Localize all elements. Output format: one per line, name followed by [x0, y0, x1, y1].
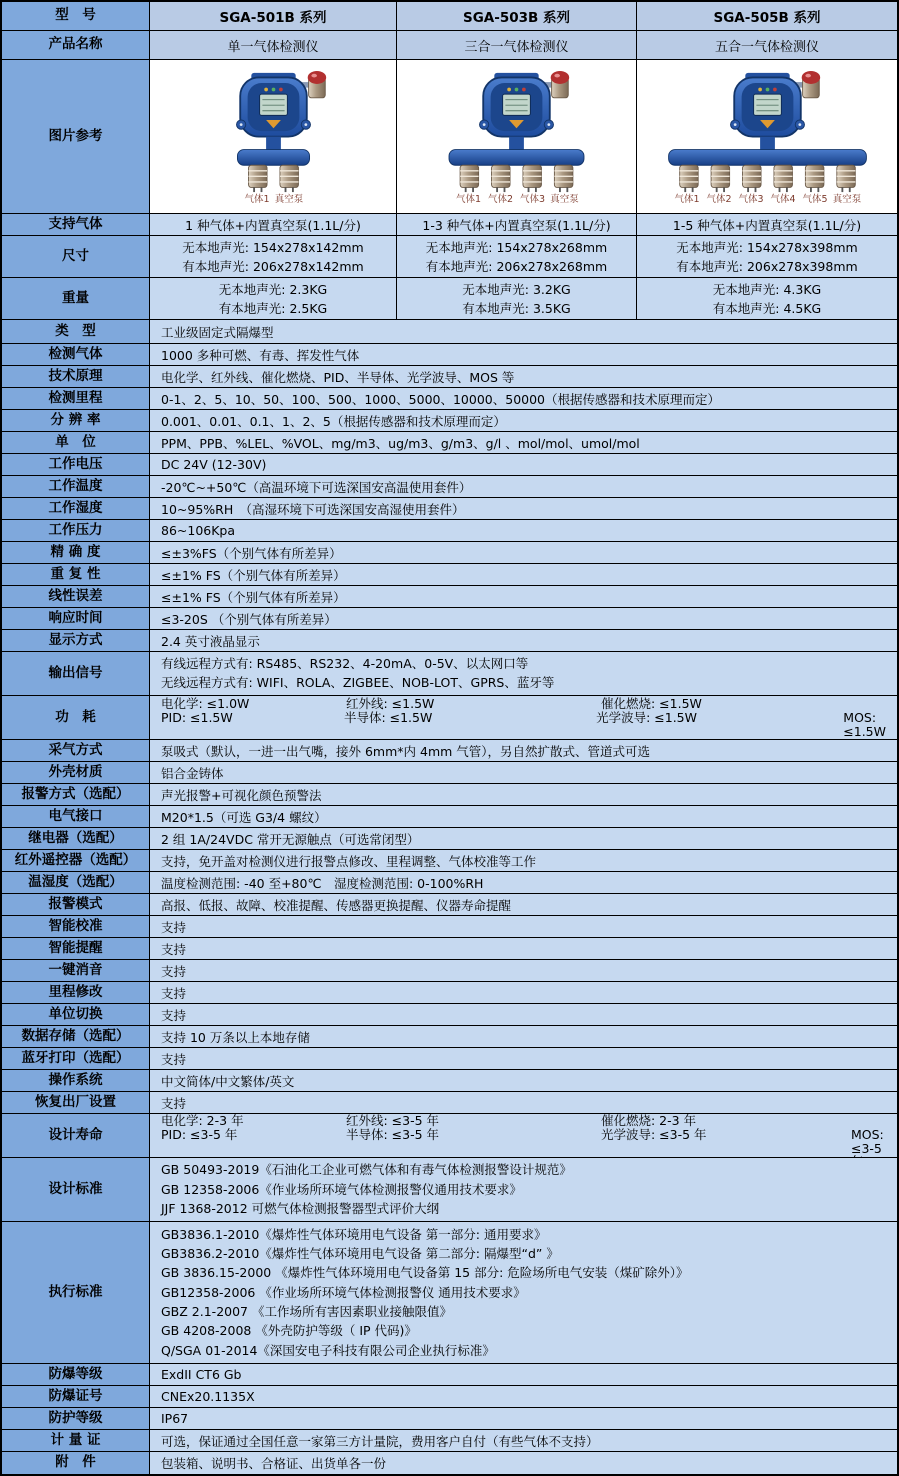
spec-row-sampling: 采气方式 泵吸式（默认，一进一出气嘴，接外 6mm*内 4mm 气管），另自然扩…	[2, 740, 897, 762]
row-label: 功 耗	[2, 696, 150, 739]
spec-row-storage: 数据存储（选配） 支持 10 万条以上本地存储	[2, 1026, 897, 1048]
spec-row-metrology: 计 量 证 可选，保证通过全国任意一家第三方计量院，费用客户自付（有些气体不支持…	[2, 1430, 897, 1452]
row-label: 工作温度	[2, 476, 150, 497]
spec-row-type: 类 型 工业级固定式隔爆型	[2, 320, 897, 344]
row-value: 2.4 英寸液晶显示	[150, 630, 897, 651]
spec-row-smart-cal: 智能校准 支持	[2, 916, 897, 938]
row-label: 报警方式（选配）	[2, 784, 150, 805]
gas-detector-1-sensor-illustration	[161, 71, 386, 193]
sensor-label: 真空泵	[273, 191, 305, 205]
row-value: 支持	[150, 1048, 897, 1069]
row-value: 温度检测范围: -40 至+80℃ 湿度检测范围: 0-100%RH	[150, 872, 897, 893]
spec-row-ex-cert: 防爆证号 CNEx20.1135X	[2, 1386, 897, 1408]
sensor-label: 气体1	[453, 191, 485, 205]
spec-row-os: 操作系统 中文简体/中文繁体/英文	[2, 1070, 897, 1092]
gases-1: 1 种气体+内置真空泵(1.1L/分)	[150, 214, 397, 235]
spec-row-bt-print: 蓝牙打印（选配） 支持	[2, 1048, 897, 1070]
row-value: 10~95%RH （高湿环境下可选深国安高湿使用套件）	[150, 498, 897, 519]
spec-row-temperature: 工作温度 -20℃~+50℃（高温环境下可选深国安高温使用套件）	[2, 476, 897, 498]
row-value: 声光报警+可视化颜色预警法	[150, 784, 897, 805]
row-label: 数据存储（选配）	[2, 1026, 150, 1047]
spec-row-lifespan: 设计寿命 电化学: 2-3 年 红外线: ≤3-5 年 催化燃烧: 2-3 年 …	[2, 1114, 897, 1158]
sensor-label: 气体1	[671, 191, 703, 205]
row-label: 重 复 性	[2, 564, 150, 585]
row-label: 操作系统	[2, 1070, 150, 1091]
product-name-1: 单一气体检测仪	[150, 31, 397, 59]
model-series-2: SGA-503B 系列	[397, 2, 637, 30]
row-value: 中文简体/中文繁体/英文	[150, 1070, 897, 1091]
gas-detector-5-sensor-illustration	[655, 71, 880, 193]
row-value: CNEx20.1135X	[150, 1386, 897, 1407]
row-label-image: 图片参考	[2, 60, 150, 213]
row-value: 支持	[150, 938, 897, 959]
row-label-weight: 重量	[2, 278, 150, 319]
row-value: 支持 10 万条以上本地存储	[150, 1026, 897, 1047]
sensor-labels-3: 气体1 气体2 气体3 气体4 气体5 真空泵	[671, 191, 863, 205]
row-value: 包装箱、说明书、合格证、出货单各一份	[150, 1452, 897, 1474]
model-series-1: SGA-501B 系列	[150, 2, 397, 30]
row-label: 线性误差	[2, 586, 150, 607]
row-value: 86~106Kpa	[150, 520, 897, 541]
spec-row-humidity: 工作湿度 10~95%RH （高湿环境下可选深国安高湿使用套件）	[2, 498, 897, 520]
row-value: 可选，保证通过全国任意一家第三方计量院，费用客户自付（有些气体不支持）	[150, 1430, 897, 1451]
row-value: ≤±1% FS（个别气体有所差异）	[150, 564, 897, 585]
product-name-2: 三合一气体检测仪	[397, 31, 637, 59]
spec-row-response: 响应时间 ≤3-20S （个别气体有所差异）	[2, 608, 897, 630]
row-label: 恢复出厂设置	[2, 1092, 150, 1113]
row-value: 0.001、0.01、0.1、1、2、5（根据传感器和技术原理而定）	[150, 410, 897, 431]
spec-row-alarm-modes: 报警模式 高报、低报、故障、校准提醒、传感器更换提醒、仪器寿命提醒	[2, 894, 897, 916]
row-label: 响应时间	[2, 608, 150, 629]
spec-row-alarm-opt: 报警方式（选配） 声光报警+可视化颜色预警法	[2, 784, 897, 806]
spec-row-housing: 外壳材质 铝合金铸体	[2, 762, 897, 784]
gas-detector-3-sensor-illustration	[404, 71, 629, 193]
row-label: 精 确 度	[2, 542, 150, 563]
sensor-label: 气体2	[485, 191, 517, 205]
spec-row-ip: 防护等级 IP67	[2, 1408, 897, 1430]
row-label: 报警模式	[2, 894, 150, 915]
row-value: 支持	[150, 960, 897, 981]
sensor-label: 气体4	[767, 191, 799, 205]
spec-row-relay: 继电器（选配） 2 组 1A/24VDC 常开无源触点（可选常闭型）	[2, 828, 897, 850]
row-value: 2 组 1A/24VDC 常开无源触点（可选常闭型）	[150, 828, 897, 849]
gases-row: 支持气体 1 种气体+内置真空泵(1.1L/分) 1-3 种气体+内置真空泵(1…	[2, 214, 897, 236]
row-label: 防爆等级	[2, 1364, 150, 1385]
spec-row-reset: 恢复出厂设置 支持	[2, 1092, 897, 1114]
dimensions-2: 无本地声光: 154x278x268mm有本地声光: 206x278x268mm	[397, 236, 637, 277]
row-value: GB 50493-2019《石油化工企业可燃气体和有毒气体检测报警设计规范》 G…	[150, 1158, 897, 1221]
sensor-label: 气体2	[703, 191, 735, 205]
row-label: 计 量 证	[2, 1430, 150, 1451]
row-value: 有线远程方式有: RS485、RS232、4-20mA、0-5V、以太网口等 无…	[150, 652, 897, 695]
row-label: 工作电压	[2, 454, 150, 475]
spec-row-unit-switch: 单位切换 支持	[2, 1004, 897, 1026]
spec-row-exec-std: 执行标准 GB3836.1-2010《爆炸性气体环境用电气设备 第一部分: 通用…	[2, 1222, 897, 1364]
gases-2: 1-3 种气体+内置真空泵(1.1L/分)	[397, 214, 637, 235]
row-label: 防爆证号	[2, 1386, 150, 1407]
spec-row-linearity: 线性误差 ≤±1% FS（个别气体有所差异）	[2, 586, 897, 608]
sensor-label: 气体1	[241, 191, 273, 205]
spec-row-accuracy: 精 确 度 ≤±3%FS（个别气体有所差异）	[2, 542, 897, 564]
row-label: 继电器（选配）	[2, 828, 150, 849]
spec-row-remote: 红外遥控器（选配） 支持，免开盖对检测仪进行报警点修改、里程调整、气体校准等工作	[2, 850, 897, 872]
row-value: 电化学、红外线、催化燃烧、PID、半导体、光学波导、MOS 等	[150, 366, 897, 387]
spec-row-accessories: 附 件 包装箱、说明书、合格证、出货单各一份	[2, 1452, 897, 1474]
row-label: 工作湿度	[2, 498, 150, 519]
row-label: 技术原理	[2, 366, 150, 387]
row-label-dimensions: 尺寸	[2, 236, 150, 277]
row-value: ≤3-20S （个别气体有所差异）	[150, 608, 897, 629]
weight-1: 无本地声光: 2.3KG有本地声光: 2.5KG	[150, 278, 397, 319]
image-row: 图片参考 气体1	[2, 60, 897, 214]
row-label: 输出信号	[2, 652, 150, 695]
row-value: 支持，免开盖对检测仪进行报警点修改、里程调整、气体校准等工作	[150, 850, 897, 871]
dimensions-3: 无本地声光: 154x278x398mm有本地声光: 206x278x398mm	[637, 236, 897, 277]
sensor-label: 气体3	[517, 191, 549, 205]
spec-row-resolution: 分 辨 率 0.001、0.01、0.1、1、2、5（根据传感器和技术原理而定）	[2, 410, 897, 432]
row-label: 显示方式	[2, 630, 150, 651]
spec-row-gas-detected: 检测气体 1000 多种可燃、有毒、挥发性气体	[2, 344, 897, 366]
row-label: 执行标准	[2, 1222, 150, 1363]
row-value: DC 24V (12-30V)	[150, 454, 897, 475]
row-label: 设计寿命	[2, 1114, 150, 1157]
row-value: -20℃~+50℃（高温环境下可选深国安高温使用套件）	[150, 476, 897, 497]
spec-row-ex-grade: 防爆等级 ExdII CT6 Gb	[2, 1364, 897, 1386]
spec-row-smart-remind: 智能提醒 支持	[2, 938, 897, 960]
spec-row-electrical: 电气接口 M20*1.5（可选 G3/4 螺纹）	[2, 806, 897, 828]
row-value: 高报、低报、故障、校准提醒、传感器更换提醒、仪器寿命提醒	[150, 894, 897, 915]
row-label: 电气接口	[2, 806, 150, 827]
model-row: 型 号 SGA-501B 系列 SGA-503B 系列 SGA-505B 系列	[2, 2, 897, 31]
sensor-label: 真空泵	[831, 191, 863, 205]
row-value: 1000 多种可燃、有毒、挥发性气体	[150, 344, 897, 365]
row-value: M20*1.5（可选 G3/4 螺纹）	[150, 806, 897, 827]
row-label: 单 位	[2, 432, 150, 453]
row-value: GB3836.1-2010《爆炸性气体环境用电气设备 第一部分: 通用要求》 G…	[150, 1222, 897, 1363]
row-label: 红外遥控器（选配）	[2, 850, 150, 871]
row-value: 电化学: 2-3 年 红外线: ≤3-5 年 催化燃烧: 2-3 年 PID: …	[150, 1114, 897, 1157]
row-label: 单位切换	[2, 1004, 150, 1025]
spec-table: 型 号 SGA-501B 系列 SGA-503B 系列 SGA-505B 系列 …	[0, 0, 899, 1476]
row-value: PPM、PPB、%LEL、%VOL、mg/m3、ug/m3、g/m3、g/l 、…	[150, 432, 897, 453]
spec-row-temp-humidity: 温湿度（选配） 温度检测范围: -40 至+80℃ 湿度检测范围: 0-100%…	[2, 872, 897, 894]
row-value: 0-1、2、5、10、50、100、500、1000、5000、10000、50…	[150, 388, 897, 409]
product-image-2: 气体1 气体2 气体3 真空泵	[397, 60, 637, 213]
weight-2: 无本地声光: 3.2KG有本地声光: 3.5KG	[397, 278, 637, 319]
row-label: 工作压力	[2, 520, 150, 541]
row-value: 支持	[150, 1092, 897, 1113]
row-value: 支持	[150, 982, 897, 1003]
spec-row-principle: 技术原理 电化学、红外线、催化燃烧、PID、半导体、光学波导、MOS 等	[2, 366, 897, 388]
sensor-label: 气体3	[735, 191, 767, 205]
row-value: 支持	[150, 916, 897, 937]
sensor-label: 气体5	[799, 191, 831, 205]
spec-row-display: 显示方式 2.4 英寸液晶显示	[2, 630, 897, 652]
gases-3: 1-5 种气体+内置真空泵(1.1L/分)	[637, 214, 897, 235]
product-image-1: 气体1 真空泵	[150, 60, 397, 213]
spec-row-range: 检测里程 0-1、2、5、10、50、100、500、1000、5000、100…	[2, 388, 897, 410]
row-label-model: 型 号	[2, 2, 150, 30]
spec-row-voltage: 工作电压 DC 24V (12-30V)	[2, 454, 897, 476]
row-label: 设计标准	[2, 1158, 150, 1221]
dimensions-1: 无本地声光: 154x278x142mm有本地声光: 206x278x142mm	[150, 236, 397, 277]
product-image-3: 气体1 气体2 气体3 气体4 气体5 真空泵	[637, 60, 897, 213]
spec-row-unit: 单 位 PPM、PPB、%LEL、%VOL、mg/m3、ug/m3、g/m3、g…	[2, 432, 897, 454]
row-label: 温湿度（选配）	[2, 872, 150, 893]
spec-row-repeatability: 重 复 性 ≤±1% FS（个别气体有所差异）	[2, 564, 897, 586]
row-label: 一键消音	[2, 960, 150, 981]
row-value: IP67	[150, 1408, 897, 1429]
spec-row-output: 输出信号 有线远程方式有: RS485、RS232、4-20mA、0-5V、以太…	[2, 652, 897, 696]
spec-row-power: 功 耗 电化学: ≤1.0W 红外线: ≤1.5W 催化燃烧: ≤1.5W PI…	[2, 696, 897, 740]
row-label: 采气方式	[2, 740, 150, 761]
row-label: 智能校准	[2, 916, 150, 937]
product-name-row: 产品名称 单一气体检测仪 三合一气体检测仪 五合一气体检测仪	[2, 31, 897, 60]
row-label: 里程修改	[2, 982, 150, 1003]
row-value: 支持	[150, 1004, 897, 1025]
spec-row-mute: 一键消音 支持	[2, 960, 897, 982]
row-label: 蓝牙打印（选配）	[2, 1048, 150, 1069]
row-label: 检测气体	[2, 344, 150, 365]
row-value: ≤±1% FS（个别气体有所差异）	[150, 586, 897, 607]
row-label: 分 辨 率	[2, 410, 150, 431]
row-value: ≤±3%FS（个别气体有所差异）	[150, 542, 897, 563]
row-label: 防护等级	[2, 1408, 150, 1429]
row-label: 类 型	[2, 320, 150, 343]
model-series-3: SGA-505B 系列	[637, 2, 897, 30]
row-label: 智能提醒	[2, 938, 150, 959]
row-label: 检测里程	[2, 388, 150, 409]
sensor-labels-1: 气体1 真空泵	[241, 191, 305, 205]
spec-row-pressure: 工作压力 86~106Kpa	[2, 520, 897, 542]
row-value: 泵吸式（默认，一进一出气嘴，接外 6mm*内 4mm 气管），另自然扩散式、管道…	[150, 740, 897, 761]
row-label: 外壳材质	[2, 762, 150, 783]
row-value: ExdII CT6 Gb	[150, 1364, 897, 1385]
spec-row-design-std: 设计标准 GB 50493-2019《石油化工企业可燃气体和有毒气体检测报警设计…	[2, 1158, 897, 1222]
product-name-3: 五合一气体检测仪	[637, 31, 897, 59]
sensor-labels-2: 气体1 气体2 气体3 真空泵	[453, 191, 581, 205]
sensor-label: 真空泵	[549, 191, 581, 205]
row-value: 铝合金铸体	[150, 762, 897, 783]
weight-3: 无本地声光: 4.3KG有本地声光: 4.5KG	[637, 278, 897, 319]
row-value: 工业级固定式隔爆型	[150, 320, 897, 343]
row-value: 电化学: ≤1.0W 红外线: ≤1.5W 催化燃烧: ≤1.5W PID: ≤…	[150, 696, 897, 739]
row-label: 附 件	[2, 1452, 150, 1474]
dimensions-row: 尺寸 无本地声光: 154x278x142mm有本地声光: 206x278x14…	[2, 236, 897, 278]
spec-row-range-modify: 里程修改 支持	[2, 982, 897, 1004]
weight-row: 重量 无本地声光: 2.3KG有本地声光: 2.5KG 无本地声光: 3.2KG…	[2, 278, 897, 320]
row-label-gases: 支持气体	[2, 214, 150, 235]
row-label-product: 产品名称	[2, 31, 150, 59]
